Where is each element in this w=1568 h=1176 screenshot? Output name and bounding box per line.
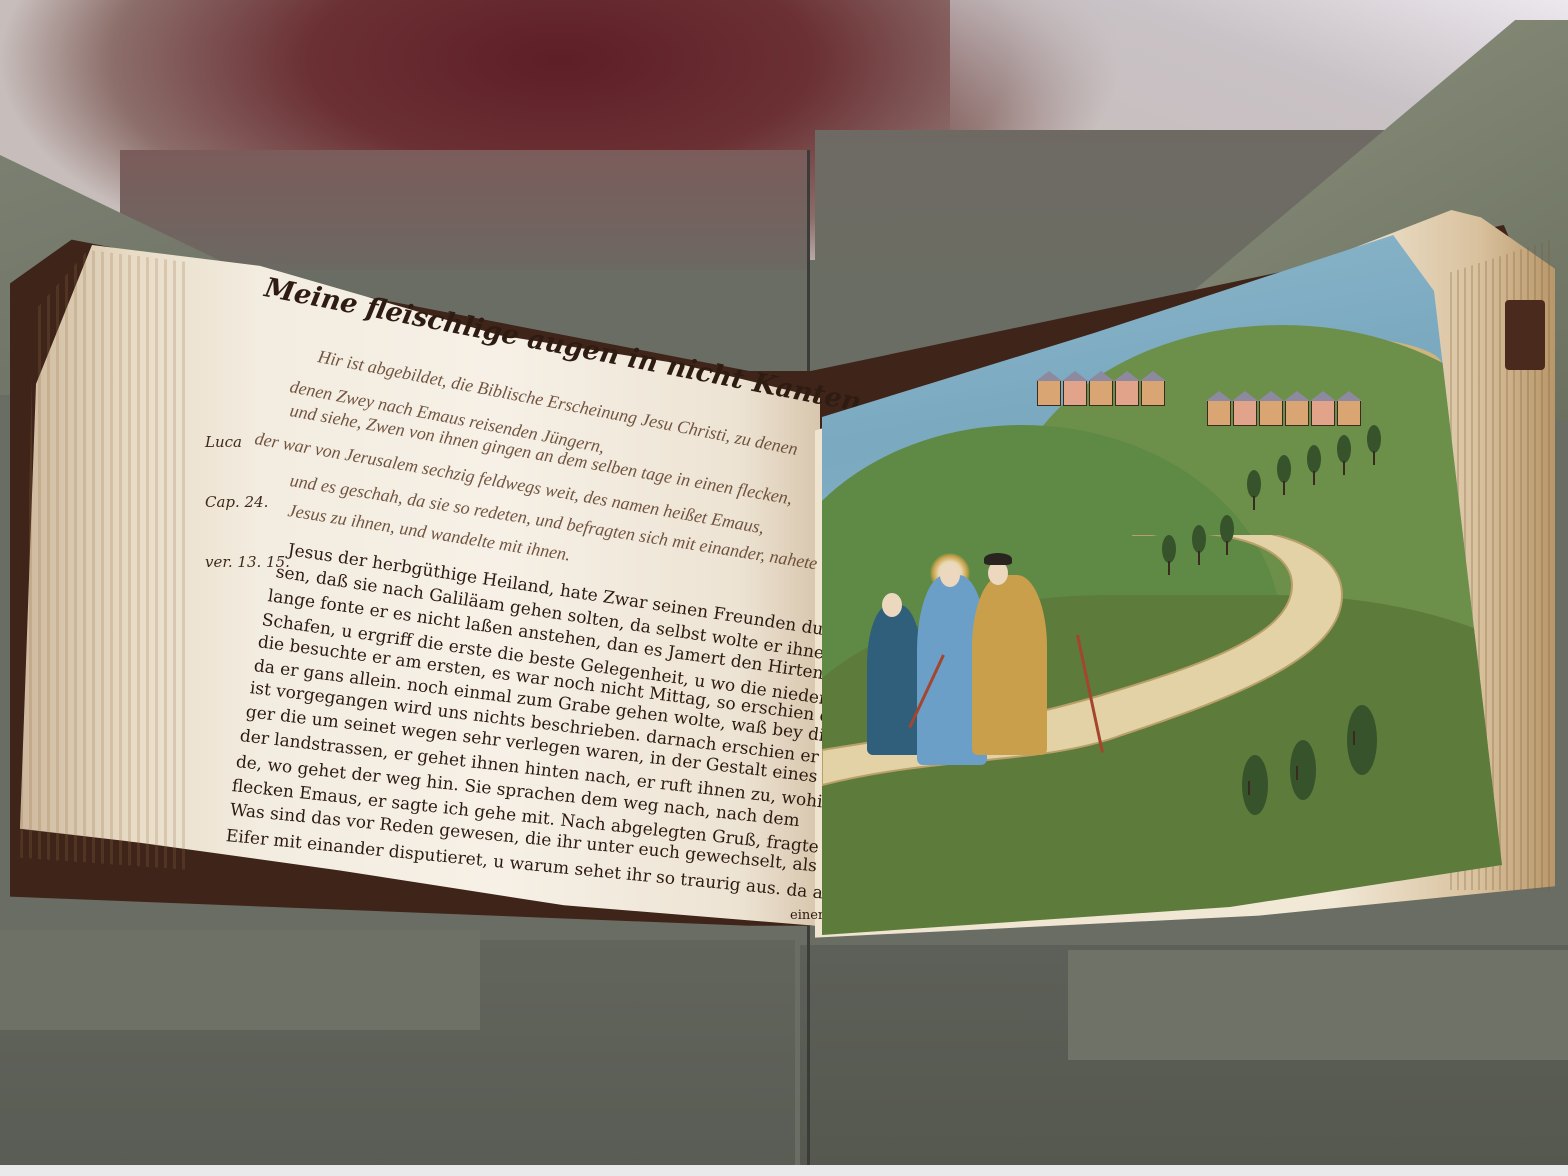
- tree: [1162, 535, 1176, 563]
- village-right: [1207, 400, 1361, 426]
- house: [1311, 400, 1335, 426]
- house: [1233, 400, 1257, 426]
- pilgrim-hat: [984, 553, 1012, 565]
- house: [1115, 380, 1139, 406]
- photo-scene: Meine fleischlige augen in nicht Kanten …: [0, 0, 1568, 1176]
- foam-shelf-left: [0, 930, 480, 1030]
- tree: [1290, 740, 1316, 800]
- christ-head: [940, 563, 960, 587]
- tree: [1247, 470, 1261, 498]
- house: [1089, 380, 1113, 406]
- emmaus-illustration: [822, 235, 1502, 935]
- catchword: einer: [790, 908, 824, 923]
- pilgrim-figure: [972, 575, 1047, 755]
- house: [1141, 380, 1165, 406]
- house: [1207, 400, 1231, 426]
- tree: [1220, 515, 1234, 543]
- tree: [1347, 705, 1377, 775]
- house: [1285, 400, 1309, 426]
- book-clasp: [1505, 300, 1545, 370]
- house: [1259, 400, 1283, 426]
- disciple-head: [882, 593, 902, 617]
- margin-chapter: Cap. 24.: [205, 492, 290, 512]
- village-left: [1037, 380, 1165, 406]
- foam-shelf-right: [1068, 950, 1568, 1060]
- tree: [1192, 525, 1206, 553]
- house: [1337, 400, 1361, 426]
- tree: [1337, 435, 1351, 463]
- tree: [1242, 755, 1268, 815]
- tree: [1367, 425, 1381, 453]
- case-floor: [0, 1165, 1568, 1176]
- house: [1063, 380, 1087, 406]
- foam-support-back-left: [120, 150, 810, 270]
- house: [1037, 380, 1061, 406]
- left-page-stack-edges: [20, 250, 190, 870]
- disciple-figure: [867, 605, 922, 755]
- tree: [1277, 455, 1291, 483]
- tree: [1307, 445, 1321, 473]
